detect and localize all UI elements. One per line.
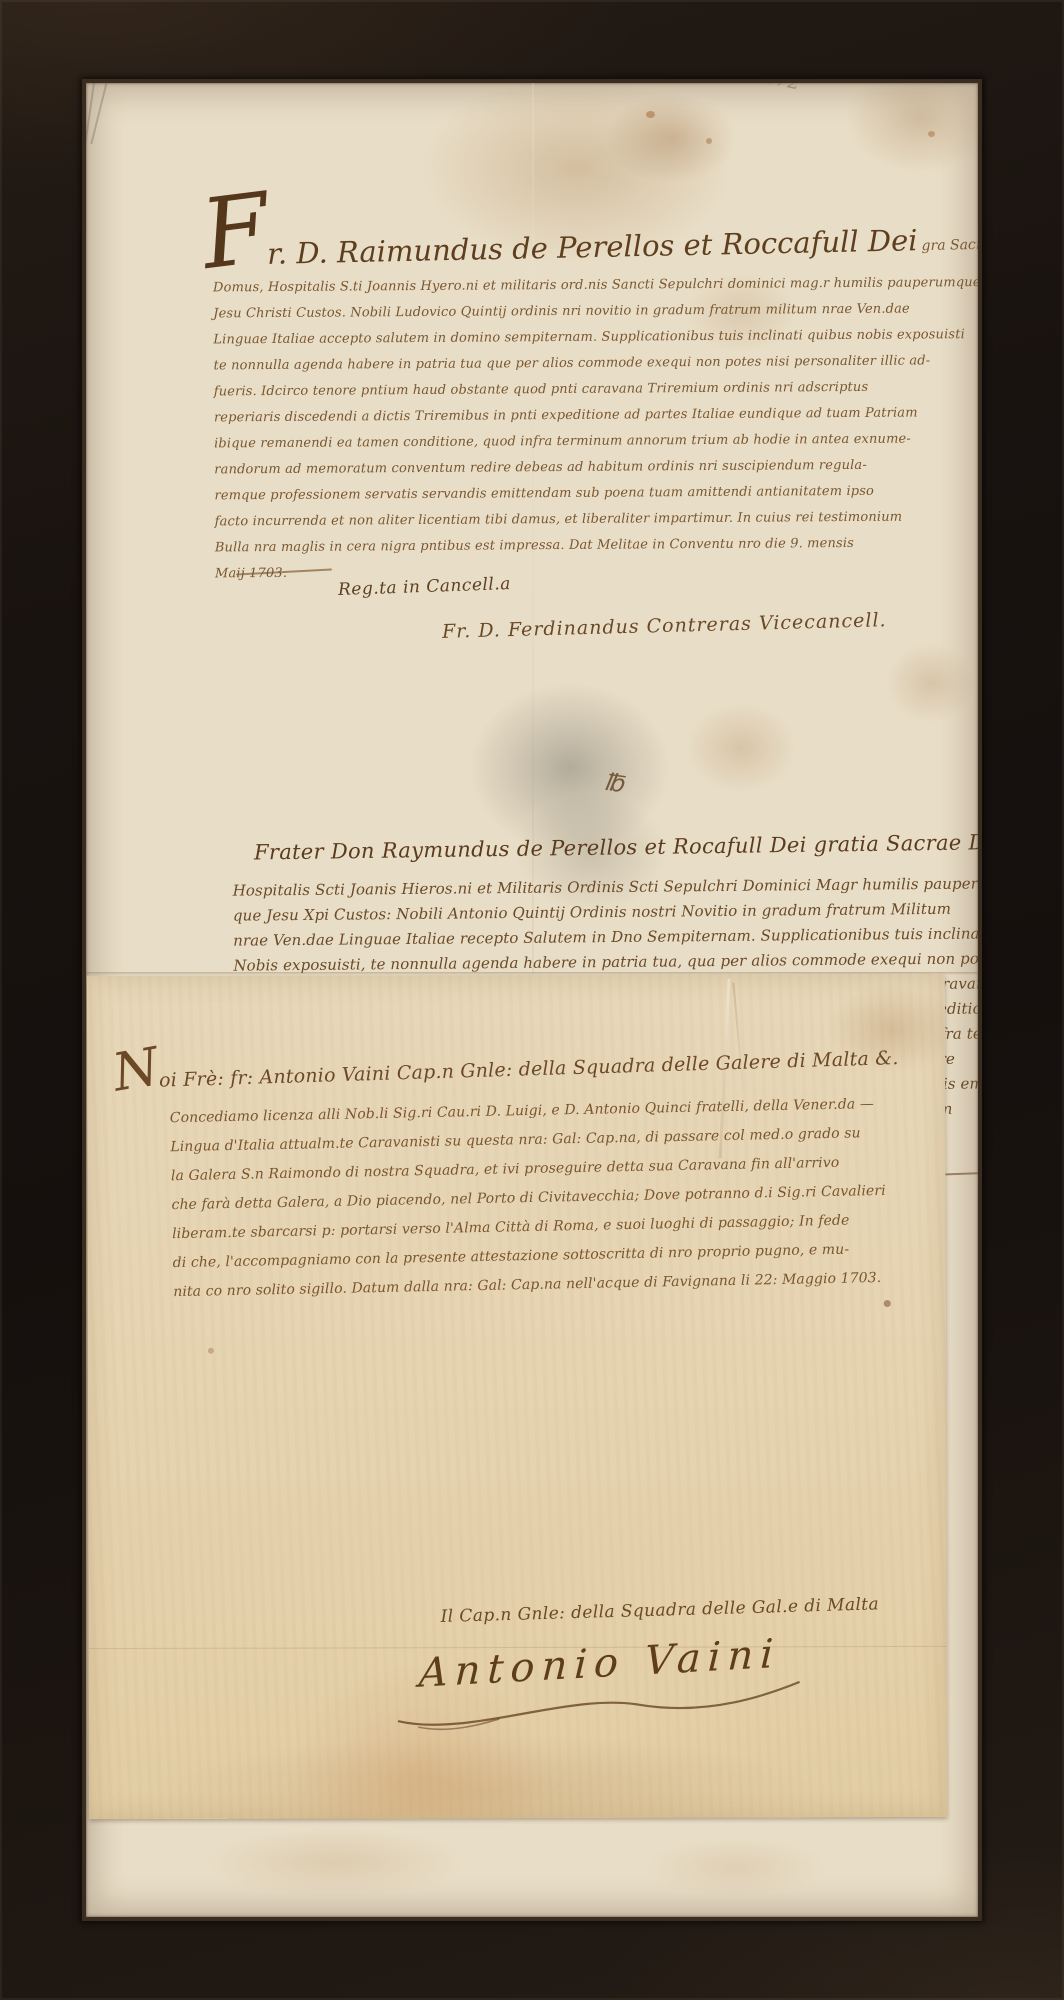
parchment-backing: 172 Fr. D. Raimundus de Perellos et Rocc… (86, 83, 978, 1917)
framed-manuscript-photo: 172 Fr. D. Raimundus de Perellos et Rocc… (0, 0, 1064, 2000)
stain (846, 83, 978, 173)
doc2-scribe-mark: ℔ (602, 768, 625, 798)
stain-speck (208, 1348, 214, 1354)
doc1-line: Bulla nra maglis in cera nigra pntibus e… (215, 531, 905, 562)
doc1-line-date: Maij 1703. (215, 557, 905, 588)
doc3-heading: Noi Frè: fr: Antonio Vaini Cap.n Gnle: d… (113, 1027, 899, 1093)
stain (646, 1838, 826, 1898)
signature-flourish (389, 1674, 809, 1735)
stain (206, 1828, 466, 1898)
doc1-body: Domus, Hospitalis S.ti Joannis Hyero.ni … (213, 271, 905, 588)
stain (149, 1734, 829, 1819)
doc3-closing-title: Il Cap.n Gnle: della Squadra delle Gal.e… (440, 1594, 879, 1627)
stain-speck (884, 1300, 891, 1307)
doc1-heading-initial: F (195, 173, 271, 290)
doc1-heading-text: r. D. Raimundus de Perellos et Roccafull… (267, 223, 918, 271)
stain-speck (646, 111, 655, 118)
stain (686, 703, 796, 793)
stain-speck (706, 138, 712, 144)
document-sheet-3: Noi Frè: fr: Antonio Vaini Cap.n Gnle: d… (87, 974, 947, 1819)
doc3-heading-initial: N (110, 1047, 162, 1094)
doc1-heading: Fr. D. Raimundus de Perellos et Roccaful… (201, 161, 978, 287)
doc1-heading-suffix: gra Sacr. (921, 237, 978, 254)
doc1-signature: Fr. D. Ferdinandus Contreras Vicecancell… (442, 609, 887, 643)
stain-speck (928, 131, 935, 137)
doc2-heading: Frater Don Raymundus de Perellos et Roca… (254, 829, 978, 864)
stain (886, 643, 976, 723)
doc3-body: Concediamo licenza alli Nob.li Sig.ri Ca… (170, 1090, 894, 1307)
pencil-annotation: 172 (762, 83, 802, 95)
doc3-heading-text: oi Frè: fr: Antonio Vaini Cap.n Gnle: de… (159, 1047, 899, 1092)
stain (470, 683, 670, 853)
